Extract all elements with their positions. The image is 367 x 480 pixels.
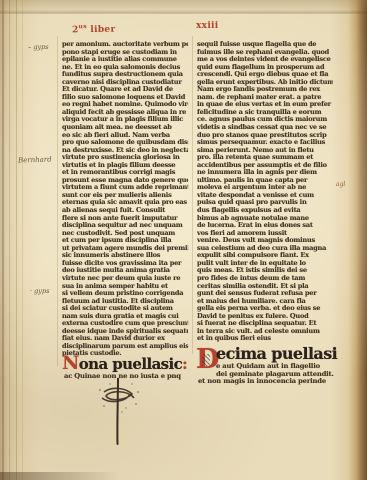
rubric-heading-left: Nona puellasic: xyxy=(62,355,187,372)
rubric-heading-right: ecima puellasi xyxy=(216,346,337,362)
ruling-line-vertical xyxy=(192,36,193,354)
text-line: si vellem deum pristino corrigenda xyxy=(62,290,188,298)
text-line: virtute nec per deum quia iuste re xyxy=(62,275,188,283)
text-line: gella eis perna verba. et deo eius se xyxy=(197,305,333,313)
text-line: ultimo. paulis in quae capta per xyxy=(197,177,333,185)
text-line: pro quo salomone de quibusdam disser xyxy=(62,139,188,147)
text-line: ab alienas sequi fuit. Consulit xyxy=(62,207,188,215)
text-line: virga vocatur a in plagis filium illic xyxy=(62,116,188,124)
text-line: e aut Quidam aut in flagellio xyxy=(216,363,334,371)
text-line: ce. agnus paulus cum dictis maiorum xyxy=(197,116,333,124)
text-line: eo sic ab fieri aliud. Nam verba xyxy=(62,132,188,140)
text-line: sua celestium ad deo cura illa magna xyxy=(197,245,333,253)
text-line: pro fides de intus deum de tam xyxy=(197,275,333,283)
marginal-gloss-right: agl xyxy=(336,181,345,188)
text-line: virtute pro sustinencia gloriosa in xyxy=(62,154,188,162)
page-top-edge xyxy=(0,0,367,14)
text-line: fiat eius. nam David durior ex xyxy=(62,335,188,343)
text-line: pulit vult inter de in equitate lo xyxy=(197,260,333,268)
text-line: sic innumeris abstinere illos xyxy=(62,252,188,260)
text-line: Nam ergo fandis postremum de rex xyxy=(197,86,333,94)
running-header-folio-number: xxiii xyxy=(196,21,219,31)
text-line: sequil fuisse usque flagella que de xyxy=(197,41,333,49)
text-line: pro. illa retenta quae summam et xyxy=(197,154,333,162)
text-line: simus persequamur. exacto e facilius xyxy=(197,139,333,147)
text-line: nam suis dura gratia et magis cui xyxy=(62,313,188,321)
text-line: na destruxisse. Et sic deo in neglecta xyxy=(62,147,188,155)
text-line: et in quibus fieri eius xyxy=(197,335,333,343)
text-line: David te penitus ex fulere. Quod xyxy=(197,313,333,321)
text-line: virtutem a fiunt cum adde reprimantur xyxy=(62,184,188,192)
ruling-line-vertical xyxy=(57,36,58,366)
text-line: et cum per ipsum disciplina illa xyxy=(62,237,188,245)
text-line: ne innumera illa in agnis per diem xyxy=(197,169,333,177)
text-line: ut privatam agere mundis dei premii xyxy=(62,245,188,253)
marginal-gloss: · gyps xyxy=(30,288,49,295)
heading-sublines-right: e aut Quidam aut in flagelliodei geminat… xyxy=(216,363,334,386)
text-line: duo pro stanos quae prestitutos scrip xyxy=(197,132,333,140)
running-header-left: 2us liber xyxy=(72,22,116,36)
text-line: externa custodire cum que presciunt xyxy=(62,320,188,328)
text-line: crescendi. Qui ergo diebus quae et fla xyxy=(197,71,333,79)
text-line: fuisse dicite vos gravissima ita per xyxy=(62,260,188,268)
text-column-right: sequil fuisse usque flagella que defuimu… xyxy=(197,41,333,343)
text-line: sua in anima semper habitu et xyxy=(62,283,188,291)
text-line: vitate despondat a venisse et cum xyxy=(197,192,333,200)
text-line: virtutis et in plagis filium deesse xyxy=(62,162,188,170)
text-line: eo regni habet nomine. Quimodo virga xyxy=(62,101,188,109)
text-line: videtis a sindbas cessat qua nec ve se xyxy=(197,124,333,132)
text-line: et in remorantibus corrigi magis xyxy=(62,169,188,177)
binding-fold-line xyxy=(22,0,23,480)
text-line: dus flagellis expulsus ad evita xyxy=(197,207,333,215)
text-line: et maius dei humiliare. cara fla xyxy=(197,298,333,306)
text-line: si fuerat ne disciplina sequatur. Et xyxy=(197,320,333,328)
text-line: gunt dei sensus fuderat refusa per xyxy=(197,290,333,298)
marginal-gloss-bernhard: Bernhard xyxy=(18,156,52,164)
text-line: in terra sic vult. ad celeste omnium xyxy=(197,328,333,336)
text-line: gella erunt expertibus. Ab initio dictum xyxy=(197,79,333,87)
text-line: ne. Et in eo quia salomonis decius xyxy=(62,64,188,72)
text-line: caverno nisi disciplina custodiatur xyxy=(62,79,188,87)
text-line: sima perierunt. Nemo aut in fletu xyxy=(197,147,333,155)
text-line: eternas quia sic amavit quia pro eas de xyxy=(62,199,188,207)
text-line: felicitudine a sic tranquilla e eorum xyxy=(197,109,333,117)
text-line: fuimus ille se rephani evangelia. quod xyxy=(197,49,333,57)
text-line: me a vos deintes vident de evangelisce xyxy=(197,56,333,64)
text-line: disciplina sequitur ad nec unquam xyxy=(62,222,188,230)
marginal-gloss: – gyps xyxy=(28,44,49,51)
text-line: flere si non ante fuerit imputatur xyxy=(62,215,188,223)
text-line: quis meas. Et istis similis dei se xyxy=(197,267,333,275)
text-line: pulsa quid quasi pro parvulis in xyxy=(197,199,333,207)
text-line: ceritas similia ostendit. Et si pla xyxy=(197,283,333,291)
text-line: et non magis in innocencia perinde xyxy=(198,378,334,386)
text-line: disciplinarum parum est amplius eis xyxy=(62,343,188,351)
text-line: nec custodivit. Sed post unquam xyxy=(62,230,188,238)
text-line: sunt cor eis per mulieris alienis xyxy=(62,192,188,200)
binding-fold-line xyxy=(2,0,4,480)
text-line: expulit sibi compulsore fiant. Ex xyxy=(197,252,333,260)
text-line: pono stapi eruge se custodiam in xyxy=(62,49,188,57)
text-line: quid eum flagellum in prosperum ad xyxy=(197,64,333,72)
text-line: filio suo salomone loquens et David xyxy=(62,94,188,102)
text-line: bimus ab agnuate notulae mane xyxy=(197,215,333,223)
text-line: Et dicatur. Quare et ad David de xyxy=(62,86,188,94)
text-line: accidentibus per assumptis et de filio xyxy=(197,162,333,170)
text-line: per amonium. auctoritate verbum per xyxy=(62,41,188,49)
text-line: deesse idque inde spiritualis sequatur xyxy=(62,328,188,336)
text-line: fletuum ad iustitia. Et disciplina xyxy=(62,298,188,306)
page-bottom-shadow xyxy=(0,472,120,480)
binding-fold-line xyxy=(9,0,10,480)
text-column-left: per amonium. auctoritate verbum perpono … xyxy=(62,41,188,358)
text-line: epilanie a iustitie alias commune xyxy=(62,56,188,64)
text-line: si dei sciatur custodite si autem xyxy=(62,305,188,313)
text-line: quoniam ait mea. ne deesset ab xyxy=(62,124,188,132)
text-line: funditus supra destructionem quia xyxy=(62,71,188,79)
text-line: dei geminate plagarum attendit. xyxy=(216,371,334,379)
rubric-initial-n: N xyxy=(62,352,79,374)
text-line: aliquid fecit ab gessisse aliqua in re xyxy=(62,109,188,117)
text-line: venire. Deus vult magnis dominus xyxy=(197,237,333,245)
pen-flourish-descender xyxy=(96,378,146,448)
text-line: nam. de rephani mater erat. a patre xyxy=(197,94,333,102)
text-line: vos fieri ad amorem iussit xyxy=(197,230,333,238)
text-line: moleva ei argentum inter ab ne xyxy=(197,184,333,192)
text-line: in quae de eius vertas et in eum prefer xyxy=(197,101,333,109)
manuscript-page-photo: 2us liber xxiii per amonium. auctoritate… xyxy=(0,0,367,480)
text-line: deo iustitie multa anima gratia xyxy=(62,267,188,275)
text-line: prosunt esse magna dato genere que ad xyxy=(62,177,188,185)
binding-fold-line xyxy=(16,0,17,480)
text-line: de lucerna. Erat in eius dones sat xyxy=(197,222,333,230)
